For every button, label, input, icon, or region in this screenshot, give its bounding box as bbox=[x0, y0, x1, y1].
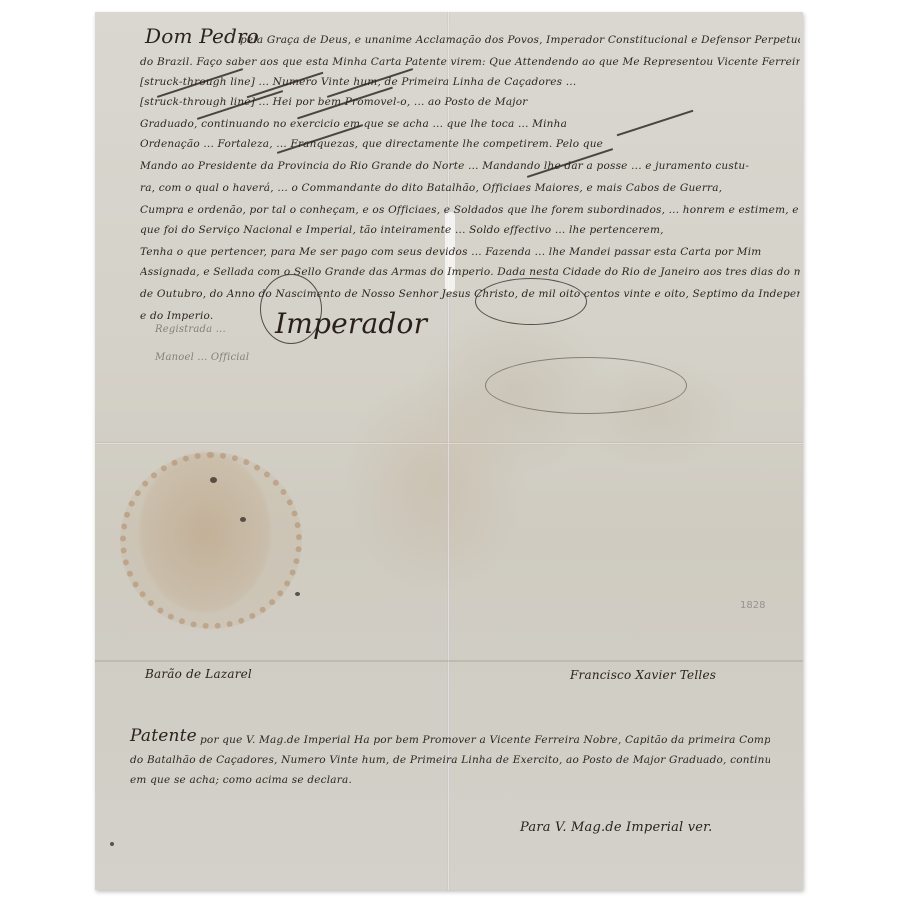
body-line-9: Cumpra e ordenão, por tal o conheçam, e … bbox=[140, 204, 800, 216]
patent-line-3: em que se acha; como acima se declara. bbox=[130, 774, 352, 786]
lower-fold-line bbox=[95, 660, 803, 662]
marginal-note-2: Manoel ... Official bbox=[155, 352, 249, 363]
ink-spot bbox=[295, 592, 300, 596]
horizontal-fold-line bbox=[95, 442, 803, 445]
ink-spot bbox=[210, 477, 217, 483]
body-line-2: do Brazil. Faço saber aos que esta Minha… bbox=[140, 56, 800, 68]
body-line-6: Ordenação ... Fortaleza, ... Franquezas,… bbox=[140, 138, 800, 150]
marginal-note-1: Registrada ... bbox=[155, 324, 226, 335]
body-line-12: Assignada, e Sellada com o Sello Grande … bbox=[140, 266, 800, 278]
body-line-5: Graduado, continuando no exercicio em qu… bbox=[140, 118, 800, 130]
patent-line-2: do Batalhão de Caçadores, Numero Vinte h… bbox=[130, 754, 770, 766]
body-line-10: que foi do Serviço Nacional e Imperial, … bbox=[140, 224, 800, 236]
patent-line-1: por que V. Mag.de Imperial Ha por bem Pr… bbox=[200, 734, 770, 746]
right-signature: Francisco Xavier Telles bbox=[570, 668, 716, 682]
ink-spot bbox=[110, 842, 114, 846]
imperial-signature: Imperador bbox=[275, 307, 427, 340]
body-line-13: de Outubro, do Anno do Nascimento de Nos… bbox=[140, 288, 800, 300]
body-line-7: Mando ao Presidente da Provincia do Rio … bbox=[140, 160, 800, 172]
document-sheet: Dom Pedro pela Graça de Deus, e unanime … bbox=[95, 12, 803, 890]
body-line-3: [struck-through line] ... Numero Vinte h… bbox=[140, 76, 800, 88]
body-line-1: pela Graça de Deus, e unanime Acclamação… bbox=[240, 34, 800, 46]
ink-spot bbox=[240, 517, 246, 522]
countersignature-flourish bbox=[485, 357, 687, 414]
signature-flourish bbox=[475, 278, 587, 325]
closing-line: Para V. Mag.de Imperial ver. bbox=[520, 820, 713, 835]
pencil-annotation: 1828 bbox=[740, 600, 765, 611]
body-line-11: Tenha o que pertencer, para Me ser pago … bbox=[140, 246, 800, 258]
left-signature: Barão de Lazarel bbox=[145, 667, 252, 681]
body-line-8: ra, com o qual o haverá, ... o Commandan… bbox=[140, 182, 800, 194]
patent-heading: Patente bbox=[130, 726, 197, 746]
